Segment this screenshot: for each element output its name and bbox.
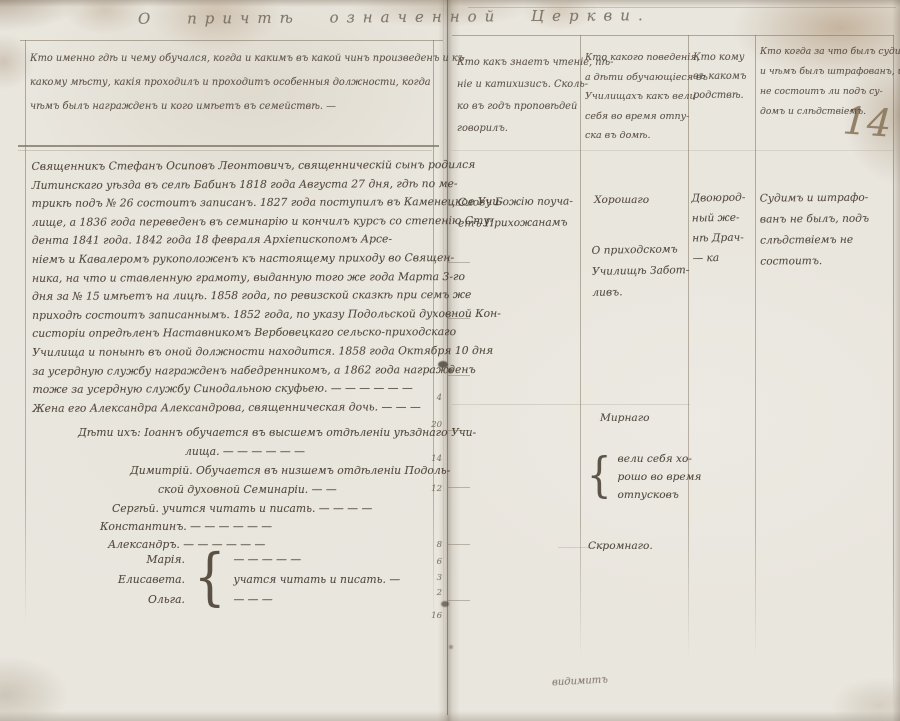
- note-line: слѣдствіемъ не: [760, 229, 892, 251]
- col5-header: Кто когда за что былъ судимъи чѣмъ былъ …: [760, 42, 893, 122]
- note-line: нѣ Драч-: [692, 227, 754, 248]
- girls-note-line: учатся читать и писать. —: [233, 570, 400, 590]
- col4-header: Кто комувъ какомъродствѣ.: [693, 48, 753, 105]
- note-line: етъ Прихожанамъ: [458, 212, 578, 234]
- biography-line: Жена его Александра Александрова, священ…: [32, 398, 438, 418]
- page-title: О причтѣ означенной Церкви.: [138, 6, 651, 28]
- child-line-ioann: Дѣти ихъ: Іоаннъ обучается въ высшемъ от…: [78, 426, 476, 439]
- age-number: 6: [437, 557, 442, 567]
- note-line: О приходскомъ: [591, 239, 689, 262]
- biography-line: дня за № 15 имѣетъ на лицѣ. 1858 года, п…: [32, 286, 438, 306]
- children-behavior-group: { вели себя хо-рошо во времяотпусковъ: [584, 450, 701, 504]
- header-line: а дѣти обучающіеся въ: [585, 68, 685, 88]
- rule-line: [20, 40, 443, 41]
- page-edge-rule: [893, 35, 894, 705]
- header-line: родствѣ.: [693, 86, 753, 105]
- row-tick: [448, 544, 470, 545]
- faint-inscription: видимитъ: [552, 675, 608, 689]
- kinship-note: Двоюрод-ный же-нѣ Драч-— ка: [691, 187, 754, 268]
- behavior-note-good: Хорошаго: [594, 190, 649, 211]
- biography-line: дента 1841 года. 1842 года 18 февраля Ар…: [32, 230, 438, 250]
- note-line: ливъ.: [592, 281, 690, 304]
- age-number: 16: [431, 611, 442, 621]
- header-line: ска въ домѣ.: [585, 126, 685, 146]
- rule-line: [452, 150, 893, 151]
- header-line: какому мѣсту, какія проходилъ и проходит…: [30, 71, 434, 95]
- header-bottom-rule-2: [18, 150, 432, 151]
- girls-note-rows: — — — — —учатся читать и писать. —— — —: [233, 550, 400, 610]
- biography-line: за усердную службу награжденъ набедренни…: [32, 361, 438, 381]
- girl-name: Ольга.: [118, 590, 185, 610]
- child-line-konstantin: Константинъ. — — — — — —: [100, 520, 272, 533]
- biography-line: лище, а 1836 года переведенъ въ семинарі…: [32, 212, 438, 232]
- children-girls-group: Марія.Елисавета.Ольга. { — — — — —учатся…: [118, 550, 400, 610]
- biography-line: ника, на что и ставленную грамоту, выдан…: [32, 268, 438, 288]
- row-tick: [448, 600, 470, 601]
- note-line: ванъ не былъ, подъ: [760, 208, 892, 230]
- note-line: Судимъ и штрафо-: [760, 187, 892, 209]
- girls-note-line: — — — — —: [233, 550, 400, 570]
- header-line: себя во время отпу-: [585, 107, 685, 127]
- header-line: Кто какого поведенія,: [585, 48, 685, 68]
- column-rule: [755, 35, 756, 660]
- age-number: 4: [437, 393, 442, 403]
- header-line: Кто именно гдѣ и чему обучался, когда и …: [30, 47, 434, 71]
- age-number: 8: [437, 540, 442, 550]
- note-line: — ка: [692, 247, 754, 268]
- girls-note-line: — — —: [233, 590, 400, 610]
- child-line-dimitri: Димитрій. Обучается въ низшемъ отдѣленіи…: [130, 464, 450, 477]
- child-line-dimitri-cont: ской духовной Семинаріи. — —: [158, 483, 337, 496]
- age-number: 3: [437, 573, 442, 583]
- col2-header: Кто какъ знаетъ чтеніе, пѣ-ніе и катихиз…: [457, 52, 577, 140]
- scanned-document: О причтѣ означенной Церкви. 14 Кто именн…: [0, 0, 900, 721]
- column-rule: [25, 40, 26, 625]
- header-line: Кто когда за что былъ судимъ: [760, 42, 893, 62]
- note-line: рошо во время: [618, 468, 702, 486]
- header-line: Кто кому: [693, 48, 753, 67]
- column-rule: [580, 35, 581, 660]
- note-line: Училищѣ Забот-: [592, 260, 690, 283]
- biography-line: тоже за усердную службу Синодальною скуф…: [32, 379, 438, 399]
- note-line: Двоюрод-: [691, 187, 753, 208]
- note-line: состоитъ.: [760, 250, 892, 272]
- rule-line: [452, 404, 690, 405]
- note-line: Слову Божію поуча-: [458, 191, 578, 213]
- biography-line: трикѣ подъ № 26 состоитъ записанъ. 1827 …: [32, 193, 438, 213]
- note-line: ный же-: [692, 207, 754, 228]
- age-number: 20: [431, 420, 442, 430]
- sermons-note: Слову Божію поуча-етъ Прихожанамъ: [458, 191, 578, 234]
- column-rule: [688, 35, 689, 660]
- behavior-note-modest: Скромнаго.: [588, 536, 653, 557]
- behavior-note-peaceful: Мирнаго: [600, 408, 649, 429]
- girls-names: Марія.Елисавета.Ольга.: [118, 550, 185, 610]
- note-line: отпусковъ: [618, 486, 702, 504]
- biography-line: приходѣ состоитъ записаннымъ. 1852 года,…: [32, 305, 438, 325]
- row-tick: [448, 487, 470, 488]
- note-line: вели себя хо-: [618, 450, 702, 468]
- header-line: Училищахъ какъ вели: [585, 87, 685, 107]
- biography-line: Литинскаго уѣзда въ селѣ Бабинъ 1818 год…: [32, 175, 438, 195]
- children-behavior-note: вели себя хо-рошо во времяотпусковъ: [618, 450, 702, 504]
- biography-line: ніемъ и Кавалеромъ рукоположенъ къ насто…: [32, 249, 438, 269]
- header-line: не состоитъ ли подъ су-: [760, 82, 893, 102]
- biography-line: систоріи опредѣленъ Наставникомъ Вербове…: [32, 323, 438, 343]
- header-line: и чѣмъ былъ штрафованъ, или: [760, 62, 893, 82]
- header-line: домъ и слѣдствіемъ.: [760, 102, 893, 122]
- child-line-ioann-cont: лища. — — — — — —: [185, 445, 305, 458]
- biography-text: Священникъ Стефанъ Осиповъ Леонтовичъ, с…: [31, 156, 438, 418]
- court-record-note: Судимъ и штрафо-ванъ не былъ, подъслѣдст…: [760, 187, 893, 272]
- header-line: ніе и катихизисъ. Сколь-: [457, 74, 577, 96]
- ink-blot: [449, 645, 453, 649]
- school-care-note: О приходскомъУчилищѣ Забот-ливъ.: [591, 239, 689, 304]
- child-line-sergei: Сергѣй. учится читать и писать. — — — —: [112, 502, 372, 515]
- col1-header: Кто именно гдѣ и чему обучался, когда и …: [30, 47, 434, 119]
- header-line: въ какомъ: [693, 67, 753, 86]
- grouping-brace: {: [194, 548, 226, 606]
- age-number: 12: [431, 484, 442, 494]
- rule-line: [452, 35, 894, 36]
- age-number: 14: [431, 454, 442, 464]
- header-line: чѣмъ былъ награжденъ и кого имѣетъ въ се…: [30, 95, 434, 119]
- ink-blot: [441, 601, 449, 607]
- biography-line: Священникъ Стефанъ Осиповъ Леонтовичъ, с…: [31, 156, 437, 176]
- ink-blot: [447, 368, 453, 373]
- biography-line: Училища и понынѣ въ оной должности наход…: [32, 342, 438, 362]
- girl-name: Елисавета.: [118, 570, 185, 590]
- header-line: ко въ годъ проповѣдей: [457, 96, 577, 118]
- ink-blot: [438, 361, 448, 368]
- col3-header: Кто какого поведенія,а дѣти обучающіеся …: [585, 48, 685, 146]
- fold-rule: [447, 0, 448, 715]
- girl-name: Марія.: [118, 550, 185, 570]
- header-line: говорилъ.: [457, 118, 577, 140]
- header-bottom-rule: [18, 145, 439, 147]
- age-number: 2: [437, 588, 442, 598]
- header-line: Кто какъ знаетъ чтеніе, пѣ-: [457, 52, 577, 74]
- grouping-brace: {: [587, 450, 611, 500]
